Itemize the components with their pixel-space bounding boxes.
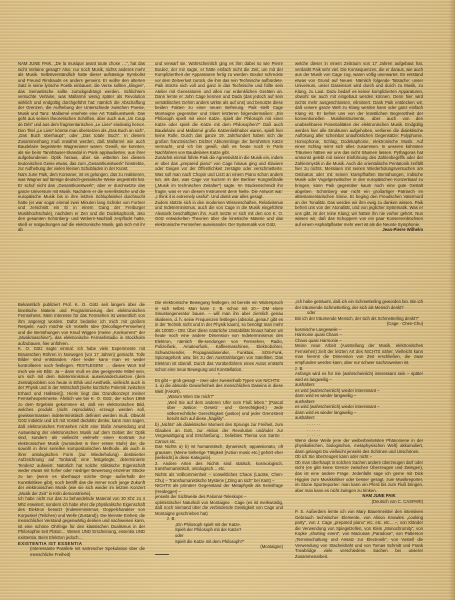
essay-paragraph: Zudem stützte sich in den modernen Wisse… <box>155 200 283 228</box>
text-paragraph: Nichts als Vollkommenheit – vorweltliche… <box>155 472 283 483</box>
essay-column-1: NAM JUNE PAIK. „De la musique avant tout… <box>18 61 145 233</box>
text-line: Anfangs wird es für Sie (wahrscheinlich)… <box>295 371 423 382</box>
text-paragraph: Meine neue Arbeit (Ausstellung der Musik… <box>295 343 423 365</box>
text-paragraph: Ich habe nicht nur das zu behandelnde Ma… <box>18 496 145 540</box>
text-paragraph: b) „Nichts“ als dialektischer Moment des… <box>155 422 283 444</box>
text-paragraph: „Ich habe geträumt, daß ich ein Schmette… <box>295 299 423 310</box>
essay-paragraph: NAM JUNE PAIK. „De la musique avant tout… <box>18 61 145 172</box>
parenthetical-note: (Interessante Parallele mit sartrescher … <box>18 546 145 557</box>
postscript-paragraph: P. S. Außerdem lernte ich von Mary Bauer… <box>295 509 423 559</box>
text-paragraph: NICHTS als primärer Gegenstand der Metap… <box>155 483 283 494</box>
essay-paragraph: Zunächst einmal führte Paik die Agressiv… <box>155 155 283 199</box>
paik-text-column-1: Bekanntlich publiziert Prof. K. O. Götz … <box>18 302 145 557</box>
essay-paragraph: welche dieser in einem Zeitraum von 17 J… <box>295 61 423 227</box>
faint-ink-stamp <box>174 5 376 60</box>
text-paragraph: 1. a) die absurde Geworfenheit des mensc… <box>155 383 283 394</box>
essay-paragraph: und verwarf sie. Wahrscheinlich ging es … <box>155 61 283 155</box>
page-edge-shadow <box>449 0 455 600</box>
closing-rule <box>155 554 169 555</box>
text-paragraph: Ob man überhaupt in solchen Sachen ander… <box>295 460 423 493</box>
essay-paragraph: Nam June Paik, dem Koreaner, ist es gelu… <box>18 172 145 233</box>
paik-text-column-2: Die elektronische Bewegung festlegen, is… <box>155 300 283 555</box>
essay-column-3: welche dieser in einem Zeitraum von 17 J… <box>295 61 423 233</box>
text-paragraph: Die elektronische Bewegung festlegen, is… <box>155 300 283 372</box>
essay-column-2: und verwarf sie. Wahrscheinlich ging es … <box>155 61 283 227</box>
paik-text-column-3: „Ich habe geträumt, daß ich ein Schmette… <box>295 299 423 559</box>
text-paragraph: Bekanntlich publiziert Prof. K. O. Götz … <box>18 302 145 346</box>
author-signature: Jean-Pierre Wilhelm <box>295 227 423 233</box>
text-paragraph: Das Nichts a) b) ist humanistisch, dynam… <box>155 444 283 461</box>
text-paragraph: Wenn diese Weile jene der weiberbreitets… <box>295 438 423 455</box>
translator-credit: (Deutsch von C. CASPARI) <box>295 499 423 505</box>
text-paragraph: 2. Andere Arten des Nichts sind statisch… <box>155 461 283 472</box>
quote-attribution: (Montaigne) <box>155 544 283 550</box>
quote-line: „Weil Sie auf dem anderen Ufer vom Fluß … <box>155 400 283 422</box>
text-paragraph: K. O. Götz sagte einmal: Ich habe viele … <box>18 346 145 496</box>
text-paragraph: optimistischer Naturkult von Montaigne ·… <box>155 500 283 517</box>
